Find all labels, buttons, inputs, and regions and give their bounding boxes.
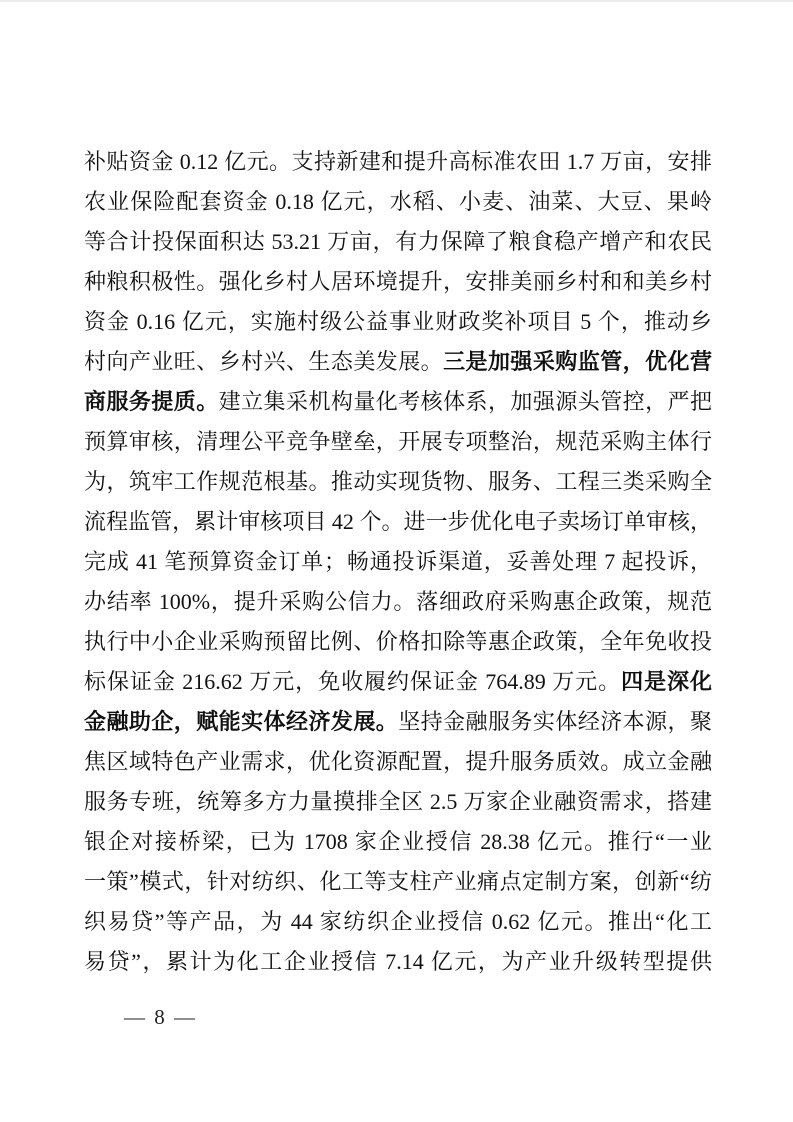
text-line: 标保证金 216.62 万元，免收履约保证金 764.89 万元。四是深化 bbox=[84, 662, 712, 702]
text-segment: 为，筑牢工作规范根基。推动实现货物、服务、工程三类采购全 bbox=[84, 469, 712, 494]
text-segment: 织易贷”等产品，为 44 家纺织企业授信 0.62 亿元。推出“化工 bbox=[84, 909, 712, 934]
bold-heading-segment: 商服务提质。 bbox=[84, 389, 219, 414]
text-segment: 完成 41 笔预算资金订单；畅通投诉渠道，妥善处理 7 起投诉， bbox=[84, 549, 712, 574]
text-line: 执行中小企业采购预留比例、价格扣除等惠企政策，全年免收投 bbox=[84, 622, 712, 662]
text-segment: 村向产业旺、乡村兴、生态美发展。 bbox=[84, 349, 443, 374]
document-page: 补贴资金 0.12 亿元。支持新建和提升高标准农田 1.7 万亩，安排农业保险配… bbox=[0, 0, 793, 1122]
text-line: 服务专班，统筹多方力量摸排全区 2.5 万家企业融资需求，搭建 bbox=[84, 782, 712, 822]
text-segment: 预算审核，清理公平竞争壁垒，开展专项整治，规范采购主体行 bbox=[84, 429, 712, 454]
text-line: 农业保险配套资金 0.18 亿元，水稻、小麦、油菜、大豆、果岭 bbox=[84, 182, 712, 222]
text-segment: 补贴资金 0.12 亿元。支持新建和提升高标准农田 1.7 万亩，安排 bbox=[84, 149, 712, 174]
text-line: 商服务提质。建立集采机构量化考核体系，加强源头管控，严把 bbox=[84, 382, 712, 422]
text-segment: 流程监管，累计审核项目 42 个。进一步优化电子卖场订单审核， bbox=[84, 509, 712, 534]
text-line: 流程监管，累计审核项目 42 个。进一步优化电子卖场订单审核， bbox=[84, 502, 712, 542]
text-segment: 建立集采机构量化考核体系，加强源头管控，严把 bbox=[219, 389, 712, 414]
text-line: 银企对接桥梁，已为 1708 家企业授信 28.38 亿元。推行“一业 bbox=[84, 822, 712, 862]
text-line: 预算审核，清理公平竞争壁垒，开展专项整治，规范采购主体行 bbox=[84, 422, 712, 462]
text-line: 等合计投保面积达 53.21 万亩，有力保障了粮食稳产增产和农民 bbox=[84, 222, 712, 262]
text-segment: 执行中小企业采购预留比例、价格扣除等惠企政策，全年免收投 bbox=[84, 629, 712, 654]
text-line: 种粮积极性。强化乡村人居环境提升，安排美丽乡村和和美乡村 bbox=[84, 262, 712, 302]
document-body: 补贴资金 0.12 亿元。支持新建和提升高标准农田 1.7 万亩，安排农业保险配… bbox=[84, 142, 712, 982]
text-line: 易贷”，累计为化工企业授信 7.14 亿元，为产业升级转型提供 bbox=[84, 942, 712, 982]
text-line: 金融助企，赋能实体经济发展。坚持金融服务实体经济本源，聚 bbox=[84, 702, 712, 742]
page-number: — 8 — bbox=[124, 1002, 197, 1032]
text-segment: 服务专班，统筹多方力量摸排全区 2.5 万家企业融资需求，搭建 bbox=[84, 789, 712, 814]
text-segment: 办结率 100%，提升采购公信力。落细政府采购惠企政策，规范 bbox=[84, 589, 712, 614]
text-segment: 种粮积极性。强化乡村人居环境提升，安排美丽乡村和和美乡村 bbox=[84, 269, 712, 294]
text-segment: 坚持金融服务实体经济本源，聚 bbox=[398, 709, 712, 734]
bold-heading-segment: 三是加强采购监管，优化营 bbox=[443, 349, 712, 374]
text-line: 资金 0.16 亿元，实施村级公益事业财政奖补项目 5 个，推动乡 bbox=[84, 302, 712, 342]
text-line: 一策”模式，针对纺织、化工等支柱产业痛点定制方案，创新“纺 bbox=[84, 862, 712, 902]
text-segment: 等合计投保面积达 53.21 万亩，有力保障了粮食稳产增产和农民 bbox=[84, 229, 712, 254]
text-line: 办结率 100%，提升采购公信力。落细政府采购惠企政策，规范 bbox=[84, 582, 712, 622]
text-segment: 农业保险配套资金 0.18 亿元，水稻、小麦、油菜、大豆、果岭 bbox=[84, 189, 712, 214]
bold-heading-segment: 金融助企，赋能实体经济发展。 bbox=[84, 709, 398, 734]
text-line: 完成 41 笔预算资金订单；畅通投诉渠道，妥善处理 7 起投诉， bbox=[84, 542, 712, 582]
text-line: 补贴资金 0.12 亿元。支持新建和提升高标准农田 1.7 万亩，安排 bbox=[84, 142, 712, 182]
bold-heading-segment: 四是深化 bbox=[621, 669, 712, 694]
text-segment: 易贷”，累计为化工企业授信 7.14 亿元，为产业升级转型提供 bbox=[84, 949, 712, 974]
text-line: 焦区域特色产业需求，优化资源配置，提升服务质效。成立金融 bbox=[84, 742, 712, 782]
page-top-edge bbox=[0, 0, 793, 2]
text-segment: 资金 0.16 亿元，实施村级公益事业财政奖补项目 5 个，推动乡 bbox=[84, 309, 712, 334]
text-segment: 一策”模式，针对纺织、化工等支柱产业痛点定制方案，创新“纺 bbox=[84, 869, 712, 894]
text-segment: 银企对接桥梁，已为 1708 家企业授信 28.38 亿元。推行“一业 bbox=[84, 829, 712, 854]
text-line: 村向产业旺、乡村兴、生态美发展。三是加强采购监管，优化营 bbox=[84, 342, 712, 382]
text-line: 为，筑牢工作规范根基。推动实现货物、服务、工程三类采购全 bbox=[84, 462, 712, 502]
text-line: 织易贷”等产品，为 44 家纺织企业授信 0.62 亿元。推出“化工 bbox=[84, 902, 712, 942]
text-segment: 标保证金 216.62 万元，免收履约保证金 764.89 万元。 bbox=[84, 669, 621, 694]
text-segment: 焦区域特色产业需求，优化资源配置，提升服务质效。成立金融 bbox=[84, 749, 712, 774]
